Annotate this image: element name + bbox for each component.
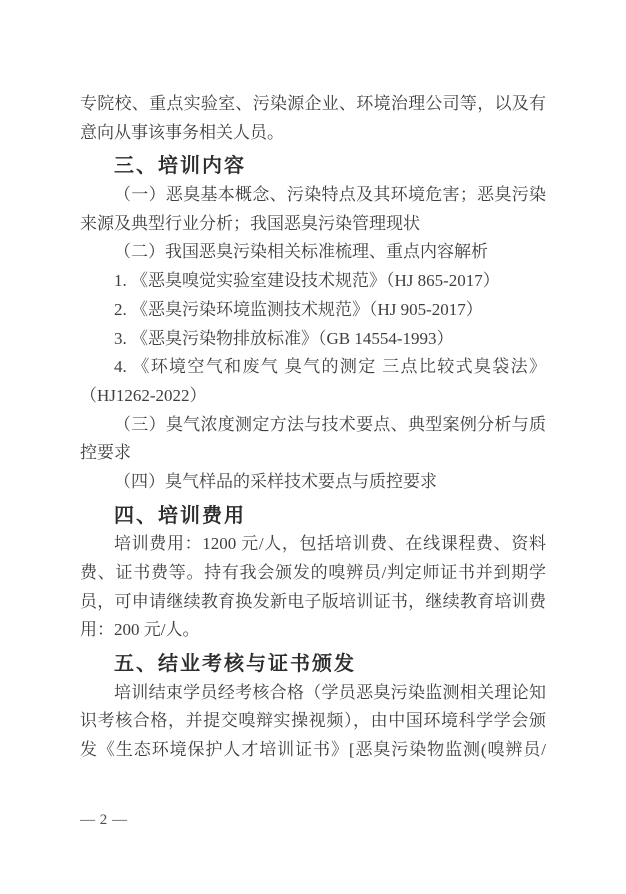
text-line: 2. 《恶臭污染环境监测技术规范》（HJ 905-2017） [80,296,546,325]
section-heading: 四、培训费用 [80,502,546,531]
text-line: 控要求 [80,439,546,468]
section-heading: 五、结业考核与证书颁发 [80,650,546,679]
text-line: （HJ1262-2022） [80,382,546,411]
text-line: 用：200 元/人。 [80,616,546,645]
document-page: 专院校、重点实验室、污染源企业、环境治理公司等，以及有意向从事该事务相关人员。三… [0,0,626,894]
text-line: 3. 《恶臭污染物排放标准》（GB 14554-1993） [80,325,546,354]
text-line: （三）臭气浓度测定方法与技术要点、典型案例分析与质 [80,411,546,440]
text-line: 员，可申请继续教育换发新电子版培训证书，继续教育培训费 [80,588,546,617]
text-line: 来源及典型行业分析；我国恶臭污染管理现状 [80,210,546,239]
text-line: 发《生态环境保护人才培训证书》[恶臭污染物监测(嗅辨员/ [80,736,546,765]
text-line: 1. 《恶臭嗅觉实验室建设技术规范》（HJ 865-2017） [80,267,546,296]
document-body: 专院校、重点实验室、污染源企业、环境治理公司等，以及有意向从事该事务相关人员。三… [80,90,546,765]
text-line: 专院校、重点实验室、污染源企业、环境治理公司等，以及有 [80,90,546,119]
text-line: 培训费用：1200 元/人，包括培训费、在线课程费、资料 [80,530,546,559]
text-line: 费、证书费等。持有我会颁发的嗅辨员/判定师证书并到期学 [80,559,546,588]
text-line: 培训结束学员经考核合格（学员恶臭污染监测相关理论知 [80,679,546,708]
text-line: （二）我国恶臭污染相关标准梳理、重点内容解析 [80,238,546,267]
text-line: 识考核合格，并提交嗅辩实操视频），由中国环境科学学会颁 [80,707,546,736]
text-line: （一）恶臭基本概念、污染特点及其环境危害；恶臭污染 [80,181,546,210]
section-heading: 三、培训内容 [80,152,546,181]
text-line: 意向从事该事务相关人员。 [80,119,546,148]
text-line: 4. 《环境空气和废气 臭气的测定 三点比较式臭袋法》 [80,353,546,382]
page-number: — 2 — [80,812,128,829]
text-line: （四）臭气样品的采样技术要点与质控要求 [80,468,546,497]
